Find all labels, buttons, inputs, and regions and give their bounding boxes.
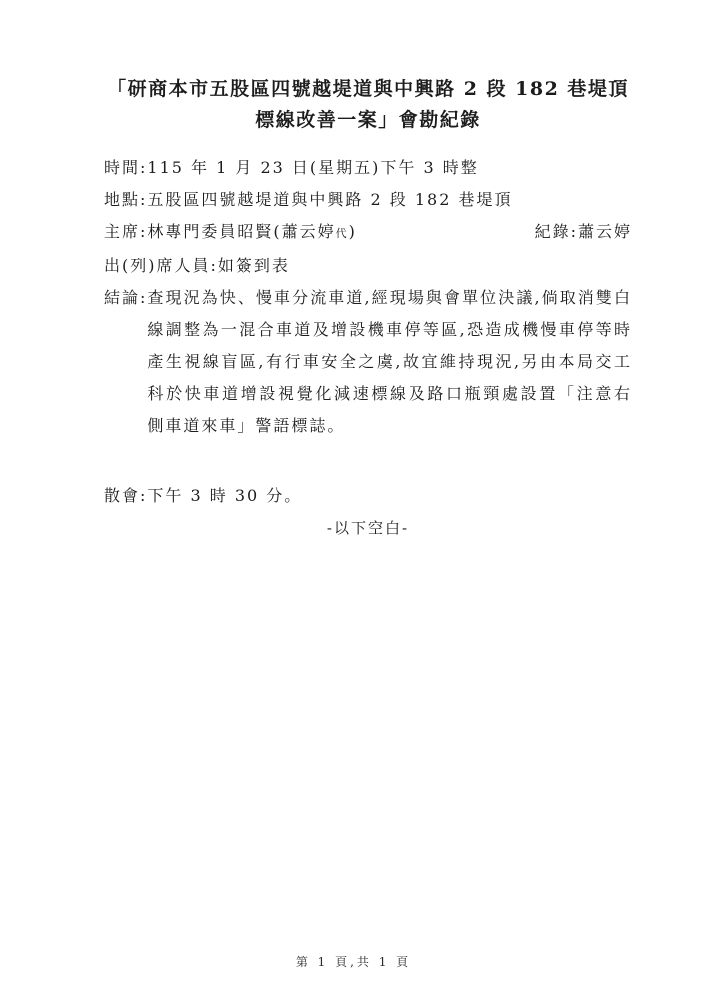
page-number-footer: 第 1 頁,共 1 頁: [0, 953, 707, 970]
end-of-text-marker: -以下空白-: [104, 512, 632, 544]
recorder-value: 蕭云婷: [578, 222, 632, 241]
document-title: 「研商本市五股區四號越堤道與中興路 2 段 182 巷堤頂標線改善一案」會勘紀錄: [104, 74, 632, 136]
document-page: 「研商本市五股區四號越堤道與中興路 2 段 182 巷堤頂標線改善一案」會勘紀錄…: [0, 0, 707, 1000]
attendees-label: 出(列)席人員:: [104, 256, 218, 275]
conclusion-block: 結論: 查現況為快、慢車分流車道,經現場與會單位決議,倘取消雙白線調整為一混合車…: [104, 282, 632, 442]
adjourn-value: 下午 3 時 30 分。: [147, 486, 302, 505]
meeting-place-line: 地點:五股區四號越堤道與中興路 2 段 182 巷堤頂: [104, 184, 632, 216]
recorder-label: 紀錄:: [535, 222, 578, 241]
conclusion-text: 查現況為快、慢車分流車道,經現場與會單位決議,倘取消雙白線調整為一混合車道及增設…: [147, 282, 632, 442]
chair-recorder-line: 主席:林專門委員昭賢(蕭云婷代) 紀錄:蕭云婷: [104, 216, 632, 250]
recorder-group: 紀錄:蕭云婷: [535, 216, 632, 248]
attendees-value: 如簽到表: [218, 256, 290, 275]
deputy-mark: 代: [336, 227, 349, 240]
place-value: 五股區四號越堤道與中興路 2 段 182 巷堤頂: [147, 190, 512, 209]
conclusion-label: 結論:: [104, 282, 147, 314]
time-label: 時間:: [104, 158, 147, 177]
chair-group: 主席:林專門委員昭賢(蕭云婷代): [104, 216, 357, 250]
time-value: 115 年 1 月 23 日(星期五)下午 3 時整: [147, 158, 478, 177]
place-label: 地點:: [104, 190, 147, 209]
attendees-line: 出(列)席人員:如簽到表: [104, 250, 632, 282]
chair-value: 林專門委員昭賢(蕭云婷: [147, 222, 335, 241]
document-content: 「研商本市五股區四號越堤道與中興路 2 段 182 巷堤頂標線改善一案」會勘紀錄…: [104, 74, 632, 544]
adjourn-label: 散會:: [104, 486, 147, 505]
chair-value-close: ): [349, 222, 357, 241]
meeting-time-line: 時間:115 年 1 月 23 日(星期五)下午 3 時整: [104, 152, 632, 184]
adjourn-line: 散會:下午 3 時 30 分。: [104, 480, 632, 512]
chair-label: 主席:: [104, 222, 147, 241]
